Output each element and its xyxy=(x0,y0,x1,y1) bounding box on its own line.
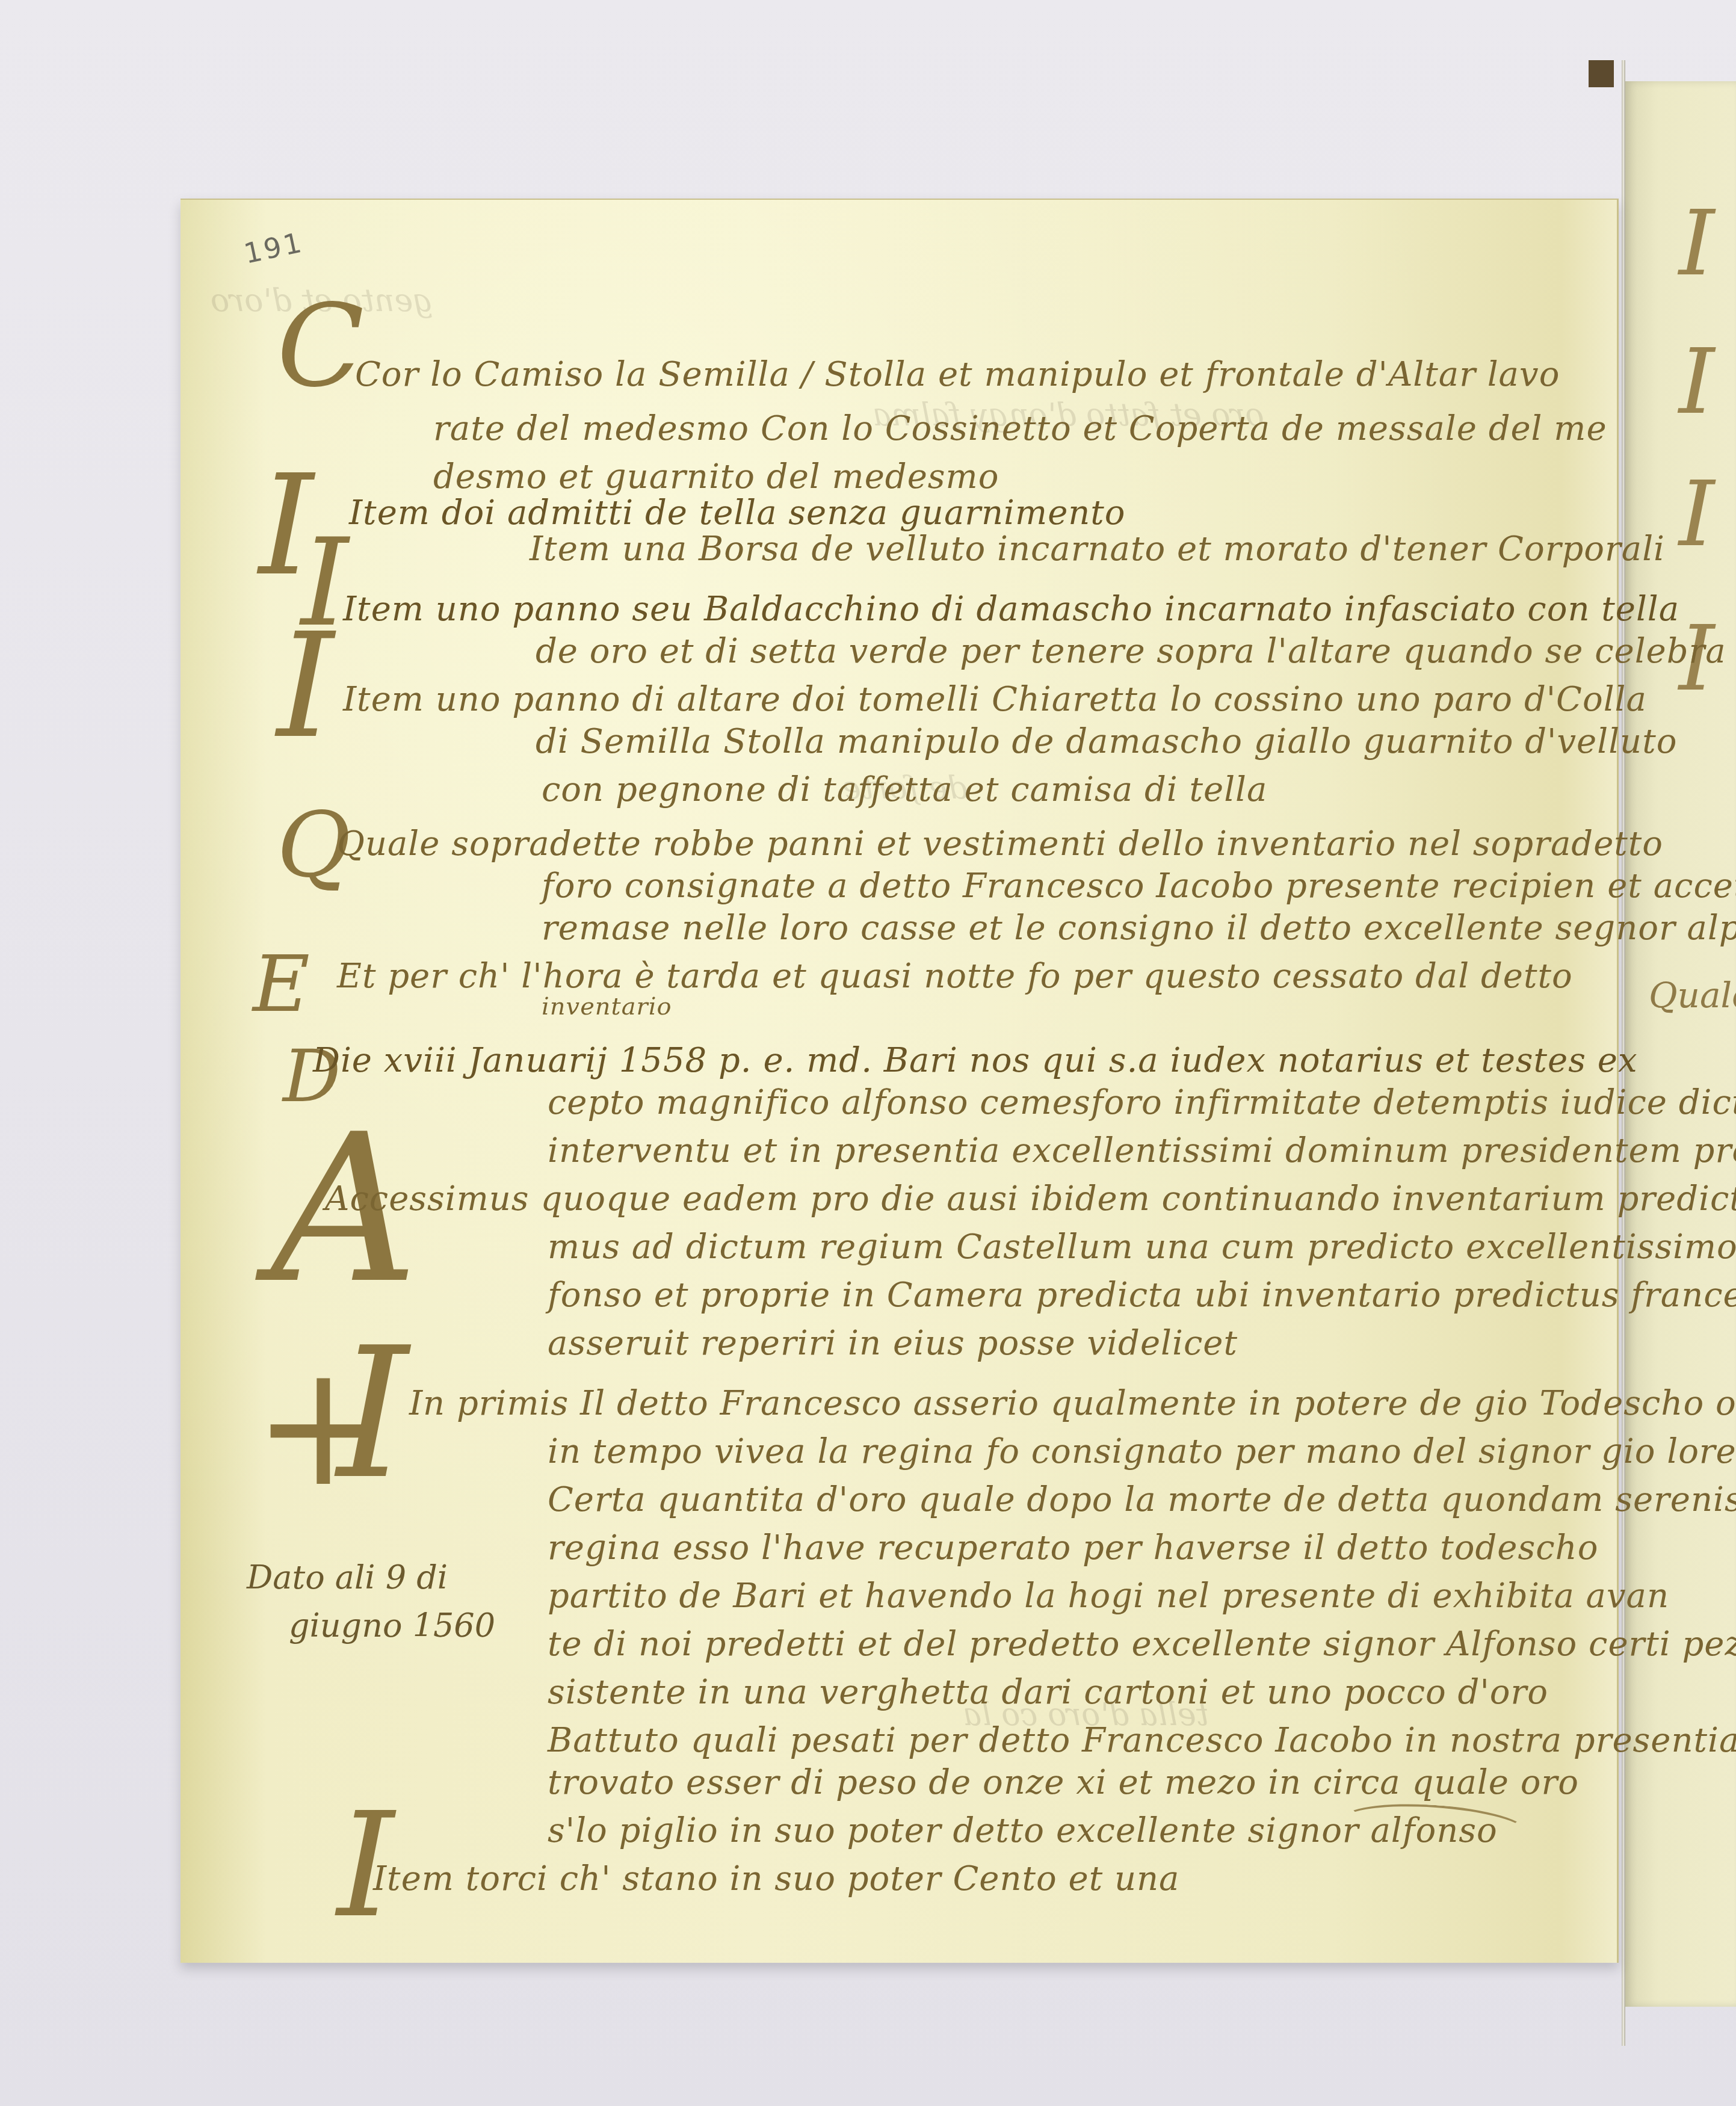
text-line: trovato esser di peso de onze xi et mezo… xyxy=(548,1763,1579,1802)
initial-i: I xyxy=(337,1324,409,1504)
text-line: regina esso l'have recuperato per havers… xyxy=(548,1528,1598,1567)
text-line: partito de Bari et havendo la hogi nel p… xyxy=(548,1576,1669,1616)
text-line: In primis Il detto Francesco asserio qua… xyxy=(409,1384,1736,1423)
initial-e: E xyxy=(253,945,310,1023)
text-line: Quale sopradette robbe panni et vestimen… xyxy=(337,824,1663,863)
initial-c: C xyxy=(277,289,364,403)
text-line: Et per ch' l'hora è tarda et quasi notte… xyxy=(337,957,1573,996)
margin-note: Dato ali 9 di xyxy=(247,1558,448,1596)
margin-note: giugno 1560 xyxy=(289,1607,495,1644)
text-line: te di noi predetti et del predetto excel… xyxy=(548,1625,1736,1664)
next-folio-initial: I xyxy=(1679,469,1714,560)
text-line: fonso et proprie in Camera predicta ubi … xyxy=(548,1276,1736,1315)
text-line: Die xviii Januarij 1558 p. e. md. Bari n… xyxy=(313,1041,1638,1080)
text-line: mus ad dictum regium Castellum una cum p… xyxy=(548,1227,1736,1267)
text-line: de oro et di setta verde per tenere sopr… xyxy=(536,632,1736,671)
text-line: desmo et guarnito del medesmo xyxy=(433,457,999,496)
text-line: remase nelle loro casse et le consigno i… xyxy=(542,909,1736,948)
text-line: Item uno panno seu Baldacchino di damasc… xyxy=(343,590,1679,629)
text-line: Cor lo Camiso la Semilla / Stolla et man… xyxy=(355,355,1560,394)
text-line: Item uno panno di altare doi tomelli Chi… xyxy=(343,680,1647,719)
text-line: Item doi admitti de tella senza guarnime… xyxy=(349,493,1126,533)
initial-item: I xyxy=(277,614,334,758)
text-line: inventario xyxy=(542,993,672,1021)
text-line: Accessimus quoque eadem pro die ausi ibi… xyxy=(325,1179,1736,1218)
text-line: Certa quantita d'oro quale dopo la morte… xyxy=(548,1480,1736,1519)
text-line: asseruit reperiri in eius posse videlice… xyxy=(548,1324,1238,1363)
next-folio-initial: I xyxy=(1679,337,1714,427)
text-line: Item torci ch' stano in suo poter Cento … xyxy=(373,1859,1179,1898)
binding-fragment xyxy=(1589,60,1614,87)
text-line: rate del medesmo Con lo Cossinetto et Co… xyxy=(433,409,1607,448)
text-line: Item una Borsa de velluto incarnato et m… xyxy=(530,530,1665,569)
text-line: in tempo vivea la regina fo consignato p… xyxy=(548,1432,1736,1471)
text-line: interventu et in presentia excellentissi… xyxy=(548,1131,1736,1170)
text-line: di Semilla Stolla manipulo de damascho g… xyxy=(536,722,1677,761)
text-line: sistente in una verghetta dari cartoni e… xyxy=(548,1673,1548,1712)
text-line: Battuto quali pesati per detto Francesco… xyxy=(548,1721,1736,1760)
text-line: con pegnone di taffetta et camisa di tel… xyxy=(542,770,1267,809)
text-line: cepto magnifico alfonso cemesforo infirm… xyxy=(548,1083,1736,1122)
next-folio-initial: I xyxy=(1679,199,1714,289)
text-line: foro consignate a detto Francesco Iacobo… xyxy=(542,866,1736,906)
next-folio-word: Quale xyxy=(1649,975,1736,1016)
